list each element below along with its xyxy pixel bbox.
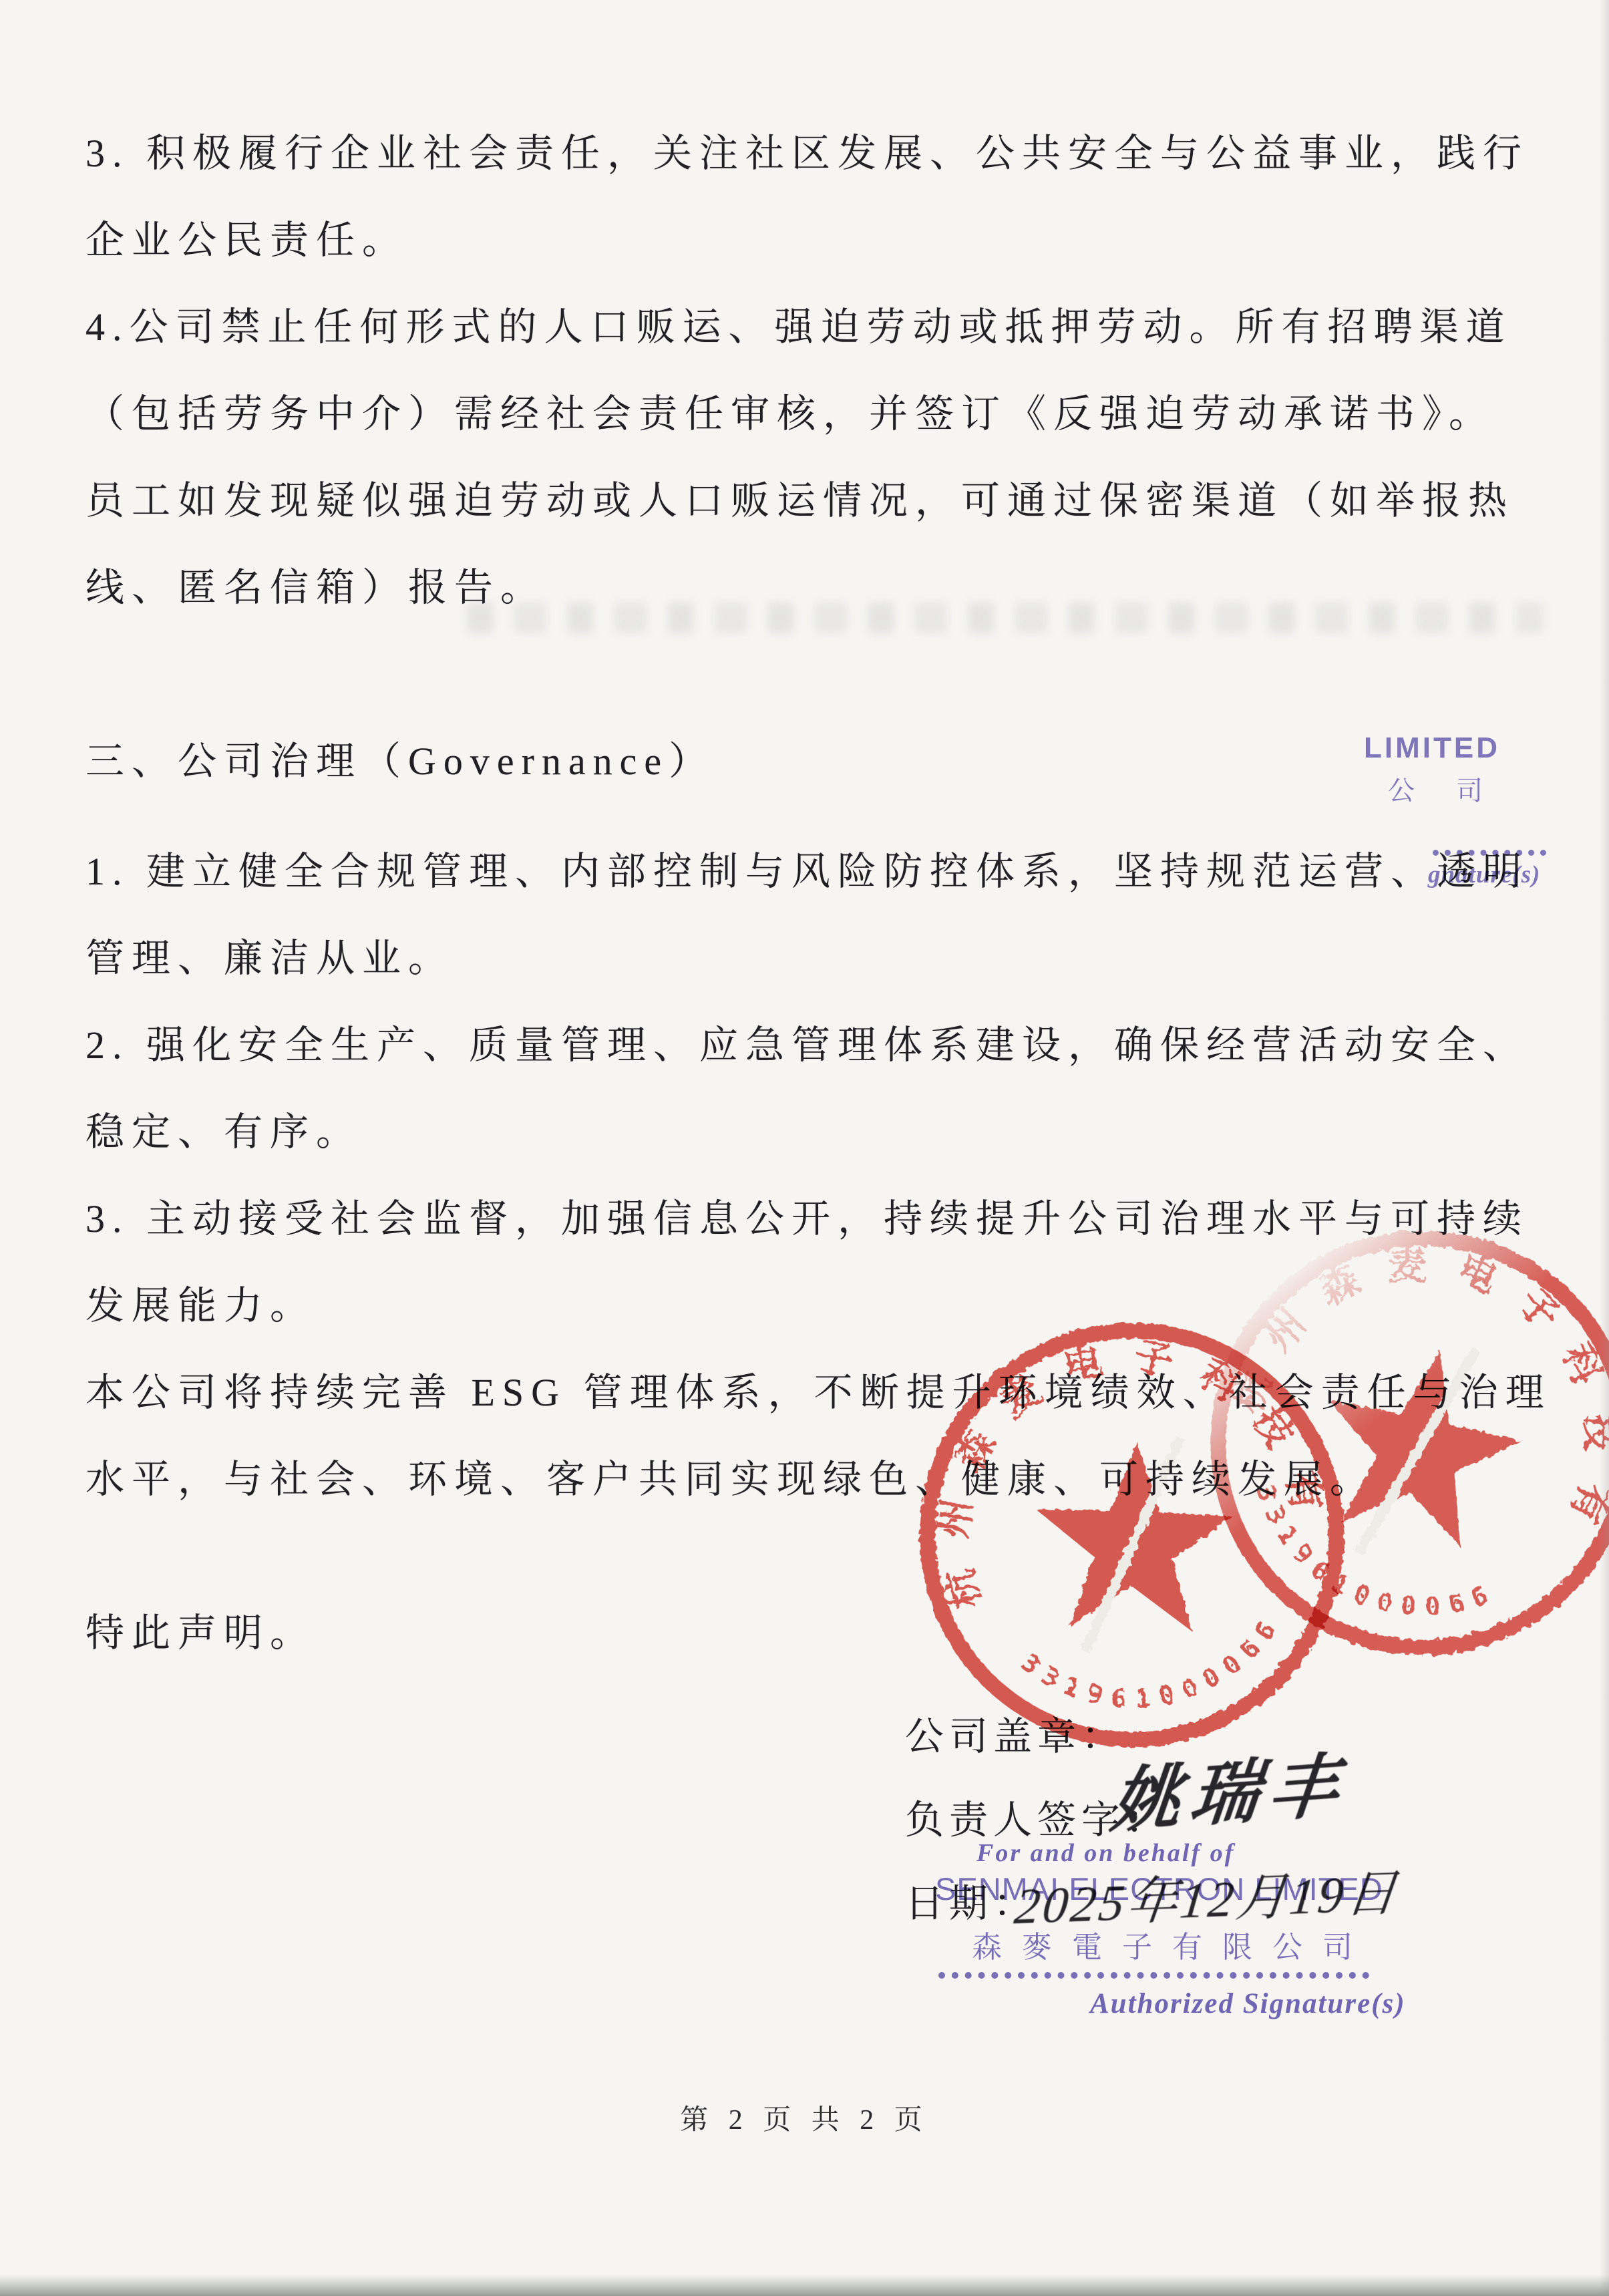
section-heading-governance: 三、公司治理（Governance） — [85, 718, 1538, 805]
chop-company-name-zh: 森麥電子有限公司 — [972, 1923, 1373, 1966]
paragraph-line: 2. 强化安全生产、质量管理、应急管理体系建设，确保经营活动安全、 — [85, 1002, 1538, 1089]
chop-company-name-en: SENMAI ELECTRON LIMITED — [935, 1870, 1383, 1907]
paragraph-line: 管理、廉洁从业。 — [85, 915, 1538, 1002]
paragraph-line: 企业公民责任。 — [85, 197, 1538, 284]
paragraph-line: 4.公司禁止任何形式的人口贩运、强迫劳动或抵押劳动。所有招聘渠道 — [85, 284, 1538, 371]
chop-preface-text: For and on behalf of — [976, 1838, 1235, 1868]
scan-bleedthrough-artifact — [468, 603, 1543, 633]
chop-fragment-limited: LIMITED — [1364, 731, 1500, 765]
scanned-document-page: 3. 积极履行企业社会责任，关注社区发展、公共安全与公益事业，践行 企业公民责任… — [0, 0, 1609, 2296]
chop-dotted-line — [938, 1972, 1369, 1979]
heading-gap — [85, 805, 1538, 828]
chop-fragment-signature-text: gnature(s) — [1428, 860, 1540, 889]
scan-right-shadow — [1600, 0, 1609, 2296]
scan-bottom-shadow — [0, 2275, 1609, 2296]
paragraph-gap — [85, 631, 1538, 718]
paragraph-line: 员工如发现疑似强迫劳动或人口贩运情况，可通过保密渠道（如举报热 — [85, 458, 1538, 544]
chop-authorized-signature-text: Authorized Signature(s) — [1090, 1987, 1406, 2020]
chop-fragment-dotted-line — [1433, 850, 1546, 856]
paragraph-line: 3. 积极履行企业社会责任，关注社区发展、公共安全与公益事业，践行 — [85, 110, 1538, 197]
page-number-footer: 第 2 页 共 2 页 — [680, 2098, 929, 2138]
star-icon — [1298, 1321, 1538, 1582]
paragraph-line: （包括劳务中介）需经社会责任审核，并签订《反强迫劳动承诺书》。 — [85, 371, 1538, 458]
paragraph-line: 1. 建立健全合规管理、内部控制与风险防控体系，坚持规范运营、透明 — [85, 828, 1538, 915]
chop-fragment-gongsi: 公司 — [1388, 770, 1524, 808]
